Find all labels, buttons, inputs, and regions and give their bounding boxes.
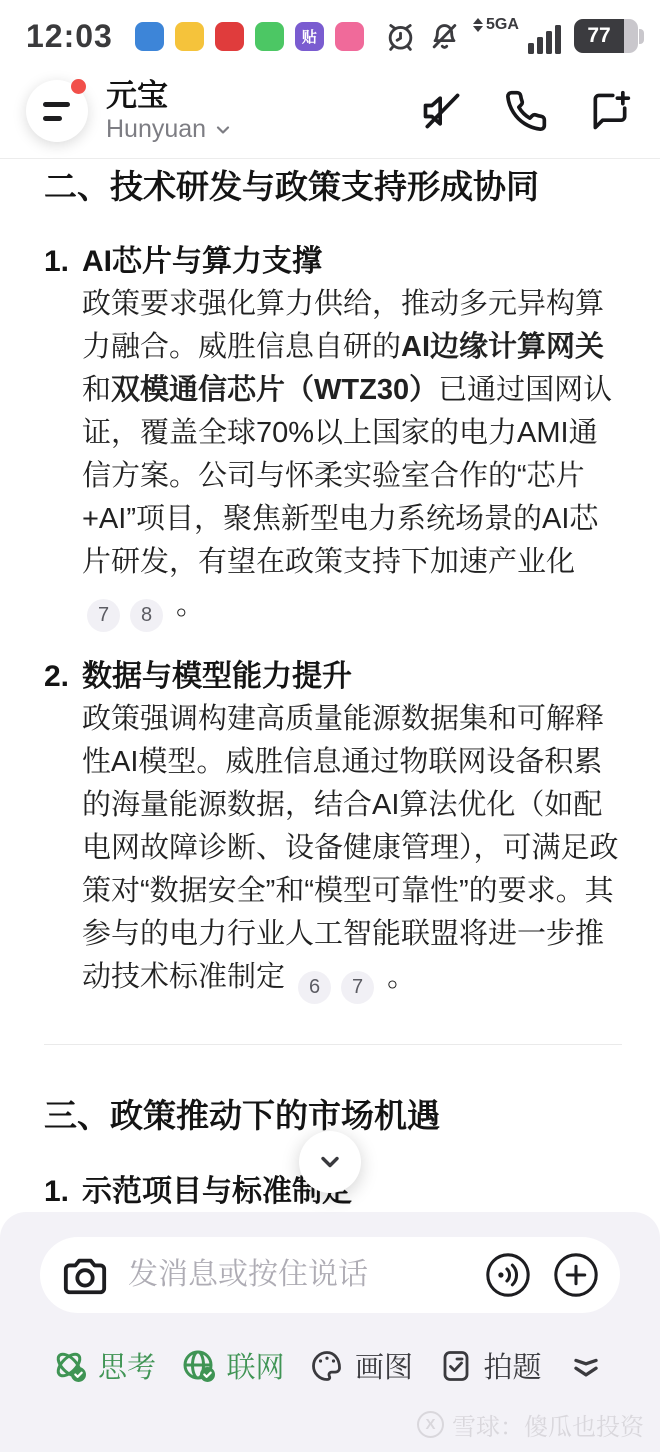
list-item: 1.AI芯片与算力支撑政策要求强化算力供给，推动多元异构算力融合。威胜信息自研的… xyxy=(44,241,624,632)
message-input[interactable] xyxy=(126,1257,484,1293)
model-name: Hunyuan xyxy=(106,115,206,144)
tool-think[interactable]: 思考 xyxy=(52,1345,156,1386)
battery-remaining xyxy=(624,19,638,53)
bell-muted-icon xyxy=(429,21,460,52)
plus-button[interactable] xyxy=(552,1251,600,1299)
list-item: 2.数据与模型能力提升政策强调构建高质量能源数据集和可解释性AI模型。威胜信息通… xyxy=(44,656,624,1004)
new-chat-button[interactable] xyxy=(588,89,632,133)
think-icon xyxy=(52,1348,88,1384)
chevron-down-icon xyxy=(213,120,233,140)
model-selector[interactable]: Hunyuan xyxy=(106,115,420,144)
list-item-body: 数据与模型能力提升政策强调构建高质量能源数据集和可解释性AI模型。威胜信息通过物… xyxy=(82,656,624,1004)
signal-bars-icon xyxy=(528,25,561,54)
tool-label: 画图 xyxy=(355,1345,413,1386)
notification-dot-badge xyxy=(71,79,86,94)
globe-icon xyxy=(181,1348,217,1384)
camera-icon[interactable] xyxy=(62,1252,108,1298)
notification-app-icons: 贴 xyxy=(135,22,385,51)
section-heading-1: 二、技术研发与政策支持形成协同 xyxy=(44,166,624,207)
tool-label: 拍题 xyxy=(484,1345,542,1386)
alarm-icon xyxy=(385,21,416,52)
hamburger-icon xyxy=(43,102,70,107)
tool-label: 联网 xyxy=(227,1345,285,1386)
list-item-body: AI芯片与算力支撑政策要求强化算力供给，推动多元异构算力融合。威胜信息自研的AI… xyxy=(82,241,624,632)
citation-badge[interactable]: 8 xyxy=(130,599,163,632)
message-input-bar[interactable] xyxy=(40,1237,620,1313)
watermark-text: 雪球：傻瓜也投资 xyxy=(452,1407,644,1442)
list-item-title: AI芯片与算力支撑 xyxy=(82,241,624,283)
page-title: 元宝 xyxy=(106,78,420,114)
watermark: X 雪球：傻瓜也投资 xyxy=(417,1407,644,1442)
paragraph-text: 。 xyxy=(379,961,416,993)
tieba-app-icon: 贴 xyxy=(295,22,324,51)
phone-call-button[interactable] xyxy=(504,89,548,133)
list-item-number: 1. xyxy=(44,241,82,632)
paragraph-text: 和 xyxy=(82,374,111,406)
palette-icon xyxy=(309,1348,345,1384)
speaker-muted-button[interactable] xyxy=(420,89,464,133)
list-item-number: 2. xyxy=(44,656,82,1004)
tool-photo-quiz[interactable]: 拍题 xyxy=(438,1345,542,1386)
battery-nub xyxy=(639,29,644,44)
shop-app-icon xyxy=(255,22,284,51)
bilibili-app-icon xyxy=(335,22,364,51)
scroll-to-bottom-button[interactable] xyxy=(299,1131,361,1193)
cellular-signal: 5GA xyxy=(473,16,561,56)
app-header: 元宝 Hunyuan xyxy=(0,64,660,159)
list-item-paragraph: 政策要求强化算力供给，推动多元异构算力融合。威胜信息自研的AI边缘计算网关和双模… xyxy=(82,283,624,632)
list-item-paragraph: 政策强调构建高质量能源数据集和可解释性AI模型。威胜信息通过物联网设备积累的海量… xyxy=(82,698,624,1004)
battery-percent: 77 xyxy=(574,19,624,53)
citation-badge[interactable]: 7 xyxy=(87,599,120,632)
clock-time: 12:03 xyxy=(26,18,113,55)
citation-badge[interactable]: 7 xyxy=(341,971,374,1004)
citation-badge[interactable]: 6 xyxy=(298,971,331,1004)
double-chevron-down-icon xyxy=(566,1346,606,1386)
paragraph-text: 。 xyxy=(168,589,205,621)
paragraph-text: 双模通信芯片（WTZ30） xyxy=(111,374,438,406)
docs-app-icon xyxy=(135,22,164,51)
message-divider xyxy=(44,1044,622,1045)
data-transfer-arrows xyxy=(473,18,483,32)
tool-palette[interactable]: 画图 xyxy=(309,1345,413,1386)
tool-label: 思考 xyxy=(98,1345,156,1386)
tool-globe[interactable]: 联网 xyxy=(181,1345,285,1386)
network-type-label: 5GA xyxy=(486,16,519,34)
video-app-icon xyxy=(215,22,244,51)
chevron-down-icon xyxy=(313,1145,347,1179)
quick-tools-bar: 思考联网画图拍题 xyxy=(52,1345,606,1386)
weibo-app-icon xyxy=(175,22,204,51)
toolbar-collapse-button[interactable] xyxy=(566,1346,606,1386)
paragraph-text: AI边缘计算网关 xyxy=(401,331,604,363)
list-item-title: 数据与模型能力提升 xyxy=(82,656,624,698)
paragraph-text: 政策强调构建高质量能源数据集和可解释性AI模型。威胜信息通过物联网设备积累的海量… xyxy=(82,703,619,993)
menu-button[interactable] xyxy=(26,80,88,142)
chat-message-area[interactable]: 二、技术研发与政策支持形成协同1.AI芯片与算力支撑政策要求强化算力供给，推动多… xyxy=(0,160,660,1212)
photo-quiz-icon xyxy=(438,1348,474,1384)
xueqiu-logo-icon: X xyxy=(417,1411,444,1438)
list-item-number: 1. xyxy=(44,1171,82,1213)
status-bar: 12:03 贴 5GA 77 xyxy=(0,0,660,64)
voice-wave-button[interactable] xyxy=(484,1251,532,1299)
battery-indicator: 77 xyxy=(574,19,644,53)
